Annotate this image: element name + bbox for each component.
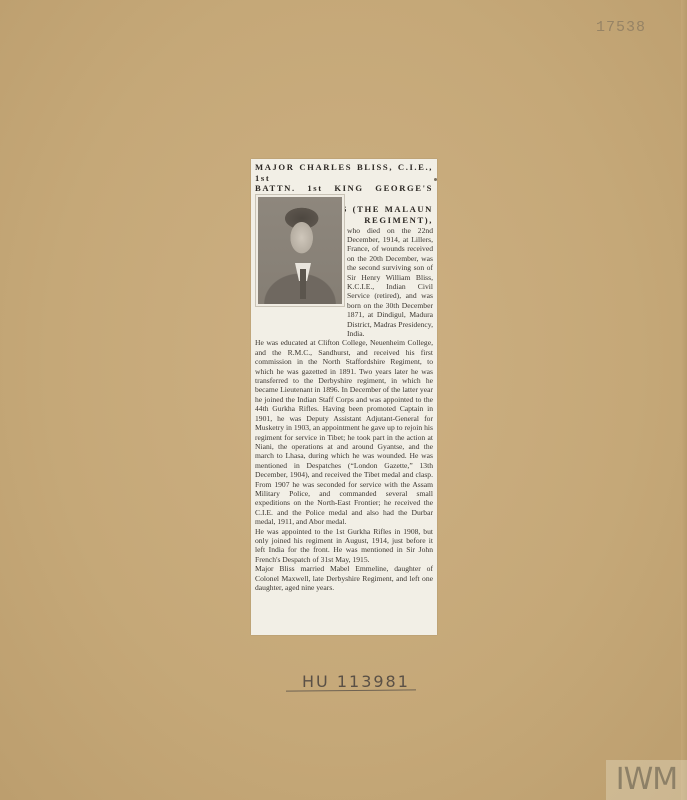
pin-mark bbox=[434, 178, 437, 181]
headline-line-1: MAJOR CHARLES BLISS, C.I.E., 1st bbox=[255, 162, 433, 183]
paragraph-4: Major Bliss married Mabel Emmeline, daug… bbox=[255, 564, 433, 592]
board-edge bbox=[681, 0, 687, 800]
paragraph-3: He was appointed to the 1st Gurkha Rifle… bbox=[255, 527, 433, 565]
portrait-image bbox=[258, 197, 342, 304]
tie-shape bbox=[300, 269, 306, 299]
accession-number: 17538 bbox=[596, 19, 646, 36]
catalogue-reference: HU 113981 bbox=[302, 672, 410, 691]
paragraph-2: He was educated at Clifton College, Neue… bbox=[255, 338, 433, 526]
iwm-watermark: IWM bbox=[606, 760, 687, 800]
newspaper-clipping: MAJOR CHARLES BLISS, C.I.E., 1st BATTN. … bbox=[251, 159, 437, 635]
portrait-photo bbox=[255, 194, 345, 307]
